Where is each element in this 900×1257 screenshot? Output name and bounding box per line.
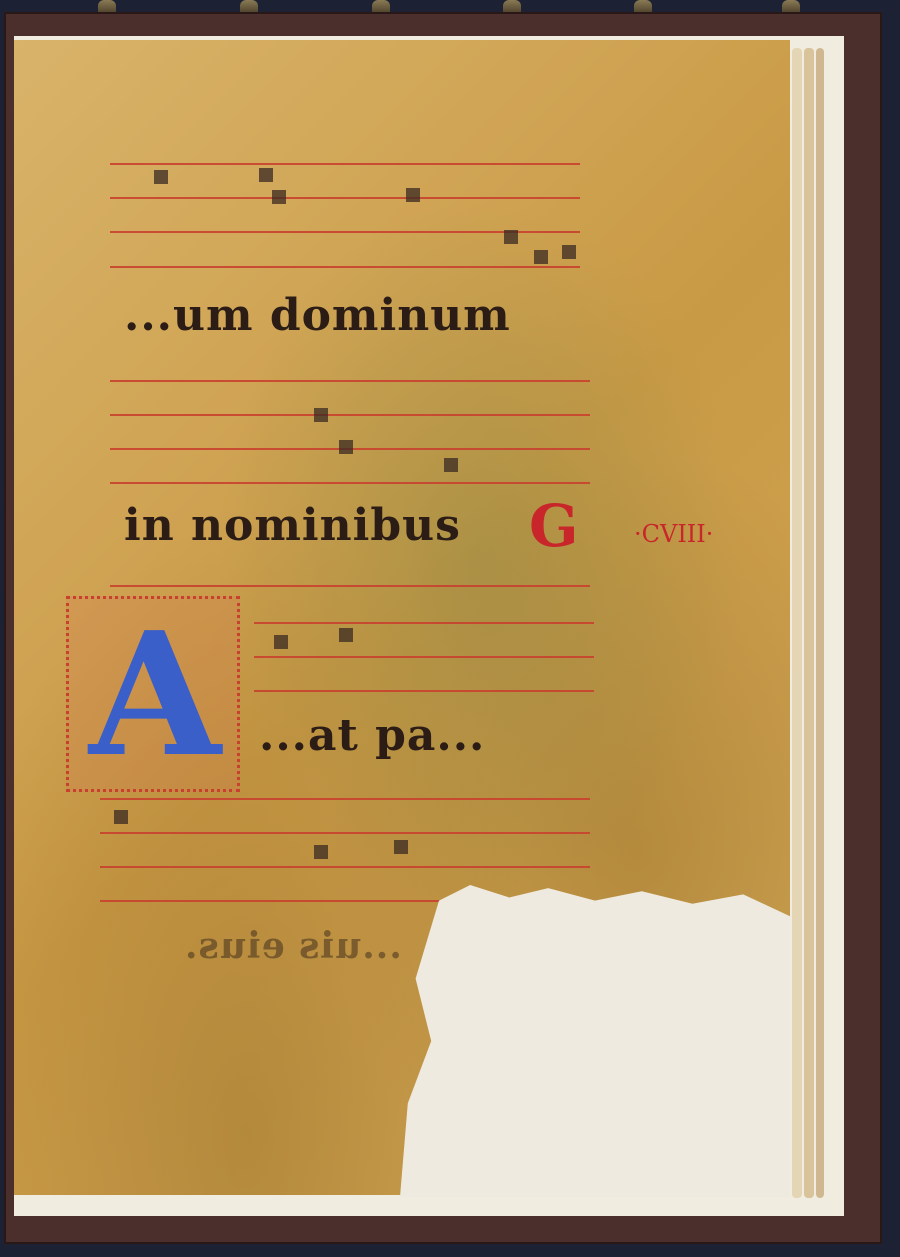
chant-note — [114, 810, 128, 824]
text-line-3: ...at pa... — [259, 710, 485, 761]
staff-line — [110, 482, 590, 484]
leaf-edge — [792, 48, 802, 1198]
chant-note — [534, 250, 548, 264]
chant-note — [394, 840, 408, 854]
staff-line — [110, 163, 580, 165]
staff-line — [100, 798, 590, 800]
chant-note — [562, 245, 576, 259]
text-line-4-showthrough: ...uis eius. — [184, 925, 402, 967]
staff-line — [254, 656, 594, 658]
chant-note — [314, 845, 328, 859]
chant-note — [259, 168, 273, 182]
staff-line — [100, 832, 590, 834]
staff-line — [110, 266, 580, 268]
rubric-letter: G — [529, 492, 579, 560]
chant-note — [339, 440, 353, 454]
text-line-2: in nominibus — [124, 500, 461, 551]
parchment-loss-area — [400, 885, 790, 1197]
chant-note — [406, 188, 420, 202]
staff-line — [110, 414, 590, 416]
chant-note — [314, 408, 328, 422]
illuminated-initial: A — [66, 596, 240, 792]
text-line-1: ...um dominum — [124, 290, 511, 341]
folio-number: ·CVIII· — [634, 520, 713, 548]
chant-note — [504, 230, 518, 244]
leaf-edge — [804, 48, 814, 1198]
chant-note — [444, 458, 458, 472]
staff-line — [254, 622, 594, 624]
staff-line — [254, 690, 594, 692]
chant-note — [154, 170, 168, 184]
chant-note — [274, 635, 288, 649]
leaf-edge — [816, 48, 824, 1198]
staff-line — [110, 380, 590, 382]
chant-note — [272, 190, 286, 204]
chant-note — [339, 628, 353, 642]
staff-line — [100, 866, 590, 868]
staff-line — [110, 197, 580, 199]
initial-letter: A — [89, 605, 221, 785]
staff-line — [110, 585, 590, 587]
